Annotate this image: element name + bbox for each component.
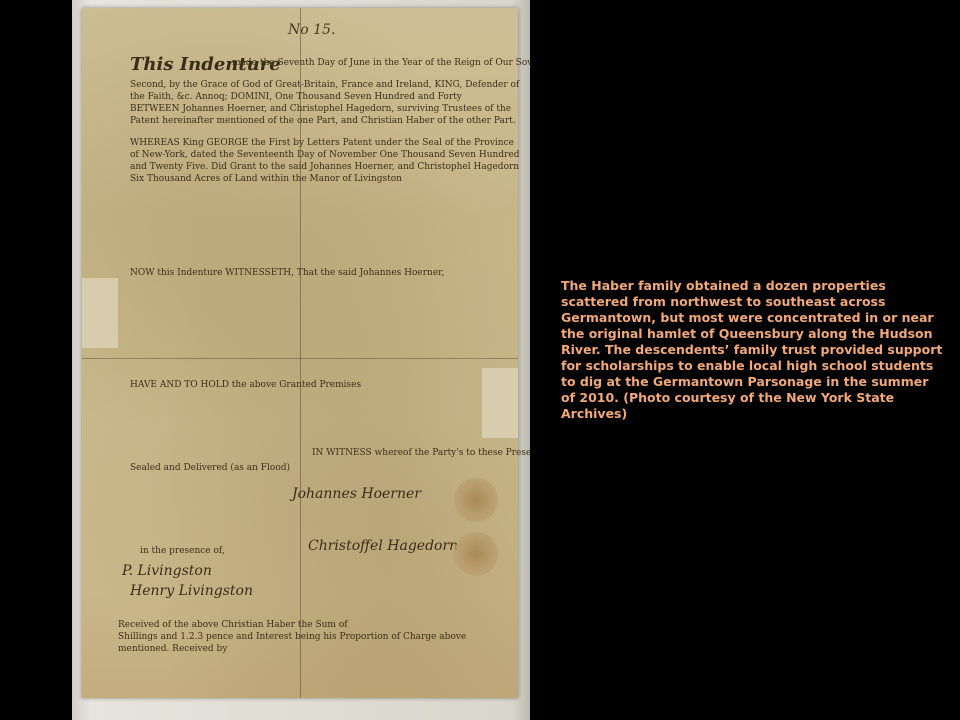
doc-line: mentioned. Received by [118,644,227,655]
wax-seal [454,478,498,522]
doc-line: Second, by the Grace of God of Great-Bri… [130,80,519,91]
signature: Johannes Hoerner [292,486,421,502]
doc-line: IN WITNESS whereof the Party's to these … [312,448,530,459]
doc-line: and Twenty Five. Did Grant to the said J… [130,162,519,173]
signature: Henry Livingston [130,583,253,599]
doc-line: the Faith, &c. Annoq; DOMINI, One Thousa… [130,92,462,103]
indenture-document: No 15. This Indenture made the Seventh D… [82,8,518,698]
wax-seal [454,532,498,576]
doc-line: Received of the above Christian Haber th… [118,620,348,631]
doc-line: Patent hereinafter mentioned of the one … [130,116,516,127]
doc-line: Six Thousand Acres of Land within the Ma… [130,174,402,185]
doc-line: HAVE AND TO HOLD the above Granted Premi… [130,380,361,391]
doc-line: WHEREAS King GEORGE the First by Letters… [130,138,514,149]
doc-line: in the presence of, [140,546,225,557]
photo-caption: The Haber family obtained a dozen proper… [561,278,946,422]
doc-line: of New-York, dated the Seventeenth Day o… [130,150,520,161]
doc-line: NOW this Indenture WITNESSETH, That the … [130,268,444,279]
paper-tab [482,368,518,438]
signature: P. Livingston [122,563,212,579]
doc-line: made the Seventh Day of June in the Year… [232,58,530,69]
paper-tab [82,278,118,348]
document-photo: No 15. This Indenture made the Seventh D… [72,0,530,720]
signature: Christoffel Hagedorn [308,538,458,554]
fold-line-horizontal [82,358,518,359]
doc-line: Shillings and 1.2.3 pence and Interest b… [118,632,466,643]
doc-line: Sealed and Delivered (as an Flood) [130,463,290,474]
doc-line: BETWEEN Johannes Hoerner, and Christophe… [130,104,511,115]
document-number: No 15. [288,22,335,38]
